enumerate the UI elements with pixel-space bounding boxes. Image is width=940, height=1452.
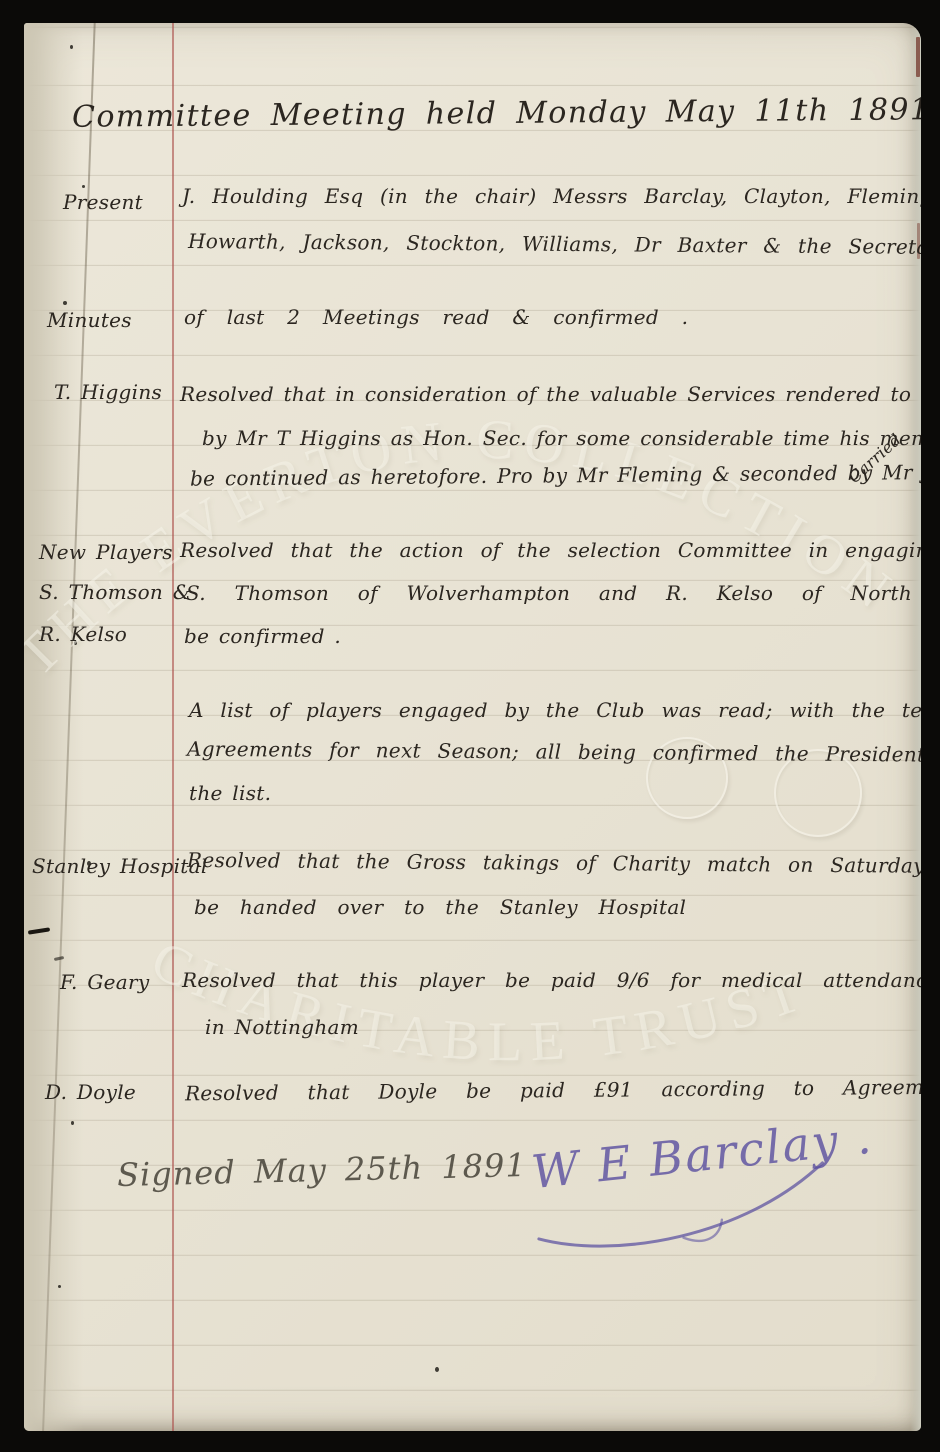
- ink-speck: [63, 301, 67, 305]
- scan-background: THE EVERTON COLLECTION CHARITABLE TRUST …: [0, 0, 940, 1452]
- red-margin-rule: [172, 23, 174, 1431]
- ink-speck: [82, 185, 85, 188]
- ledger-page: THE EVERTON COLLECTION CHARITABLE TRUST …: [24, 23, 921, 1431]
- minute-line: Resolved that in consideration of the va…: [180, 383, 921, 405]
- ink-speck: [58, 1285, 61, 1288]
- margin-label-kelso: R. Kelso: [39, 623, 127, 645]
- minute-line: in Nottingham: [205, 1016, 359, 1038]
- minute-line: Resolved that the action of the selectio…: [180, 539, 921, 561]
- binding-edge: [24, 23, 94, 1431]
- minute-line: of last 2 Meetings read & confirmed .: [184, 306, 688, 328]
- margin-label-higgins: T. Higgins: [54, 381, 162, 403]
- margin-label-doyle: D. Doyle: [45, 1081, 136, 1103]
- minute-line: be confirmed .: [184, 625, 341, 647]
- ink-speck: [435, 1367, 439, 1372]
- page-edge-mark: [916, 37, 920, 77]
- margin-label-thomson: S. Thomson &: [39, 581, 191, 603]
- minute-line: by Mr T Higgins as Hon. Sec. for some co…: [202, 427, 921, 449]
- page-title: Committee Meeting held Monday May 11th 1…: [72, 93, 921, 133]
- minute-line: Howarth, Jackson, Stockton, Williams, Dr…: [188, 230, 921, 258]
- margin-label-new-players: New Players: [39, 541, 173, 563]
- minute-line: Resolved that this player be paid 9/6 fo…: [182, 969, 921, 991]
- margin-label-stanley-hospital: Stanley Hospital: [32, 855, 208, 877]
- ink-speck: [70, 45, 73, 49]
- margin-label-present: Present: [63, 191, 143, 213]
- minute-line: S. Thomson of Wolverhampton and R. Kelso…: [186, 582, 921, 604]
- minute-line: A list of players engaged by the Club wa…: [189, 699, 921, 721]
- minute-line: be handed over to the Stanley Hospital: [194, 896, 686, 918]
- margin-label-geary: F. Geary: [60, 971, 149, 993]
- margin-label-minutes: Minutes: [47, 309, 132, 331]
- minute-line: the list.: [189, 782, 271, 804]
- minute-line: J. Houlding Esq (in the chair) Messrs Ba…: [182, 185, 921, 207]
- ink-speck: [71, 1121, 74, 1125]
